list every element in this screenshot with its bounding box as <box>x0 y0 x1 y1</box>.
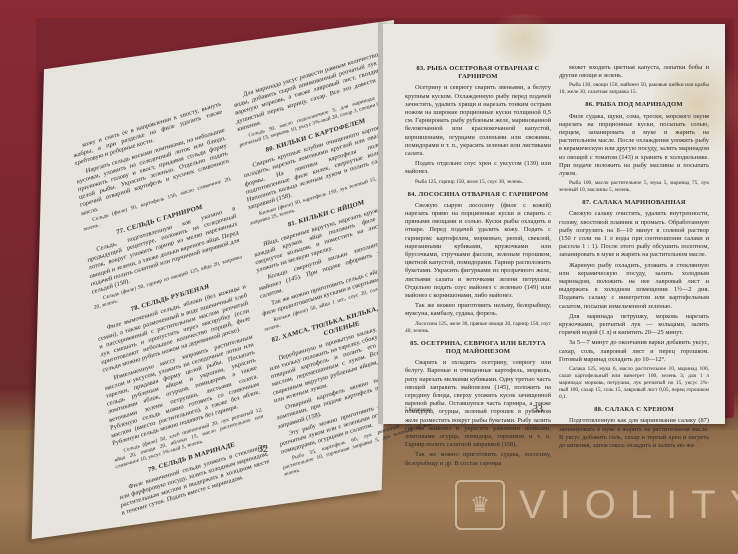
left-page: кожу и снять ее в направлении к хвосту, … <box>32 20 394 539</box>
norm: Лососина 125, желе 30, пряные овощи 20, … <box>405 321 551 335</box>
text: Жареную рыбу охладить, уложить в стеклян… <box>559 262 709 311</box>
watermark-text: VIOLITY <box>519 483 738 528</box>
right-page-number: 33 <box>533 404 543 415</box>
text: Для маринада петрушку, морковь нарезать … <box>559 313 709 338</box>
text: Сварить и охладить осетрину, севрюгу или… <box>405 359 551 449</box>
crown-icon: ♛ <box>455 480 505 530</box>
recipe-title: 84. ЛОСОСИНА ОТВАРНАЯ С ГАРНИРОМ <box>405 191 551 199</box>
text: Филе судака, щуки, сома, трески, морског… <box>559 113 709 179</box>
recipe-title: 83. РЫБА ОСЕТРОВАЯ ОТВАРНАЯ С ГАРНИРОМ <box>405 65 551 81</box>
recipe-title: 87. САЛАКА МАРИНОВАННАЯ <box>559 199 709 207</box>
text: Подать отдельно соус хрен с уксусом (139… <box>405 160 551 176</box>
text: Так же можно приготовить нельму, белорыб… <box>405 302 551 318</box>
signature-mark: 5 Кулинария <box>405 408 432 413</box>
stain <box>483 14 563 64</box>
left-page-number: 32 <box>258 444 268 455</box>
text: Осетрину и севрюгу сварить звеньями, а б… <box>405 84 551 158</box>
recipe-title: 88. САЛАКА С ХРЕНОМ <box>559 406 709 414</box>
recipe-title: 85. ОСЕТРИНА, СЕВРЮГА ИЛИ БЕЛУГА ПОД МАЙ… <box>405 340 551 356</box>
text: Свежую сырую лососину (филе с кожей) нар… <box>405 202 551 300</box>
text: За 5—7 минут до окончания варки добавить… <box>559 339 709 364</box>
text: может входить цветная капуста, лопатки б… <box>559 64 709 80</box>
norm: Рыба 100, масло растительное 5, мука 5, … <box>559 180 709 194</box>
right-col-2: может входить цветная капуста, лопатки б… <box>559 64 709 452</box>
norm: Салака 125, мука 6, масло растительное 1… <box>559 366 709 401</box>
text: Так же можно приготовить судака, лососин… <box>405 451 551 467</box>
text: Свежую салаку очистить, удалить внутренн… <box>559 210 709 259</box>
norm: Рыба 130, овощи 150, майонез 50, раковые… <box>559 82 709 96</box>
right-page: 83. РЫБА ОСЕТРОВАЯ ОТВАРНАЯ С ГАРНИРОМ О… <box>383 24 725 424</box>
watermark: ♛ VIOLITY <box>455 480 738 530</box>
text: Подготовленную как для маринования салак… <box>559 417 709 450</box>
norm: Рыба 125, гарнир 150, желе 15, соус 30, … <box>405 179 551 186</box>
recipe-title: 86. РЫБА ПОД МАРИНАДОМ <box>559 101 709 109</box>
